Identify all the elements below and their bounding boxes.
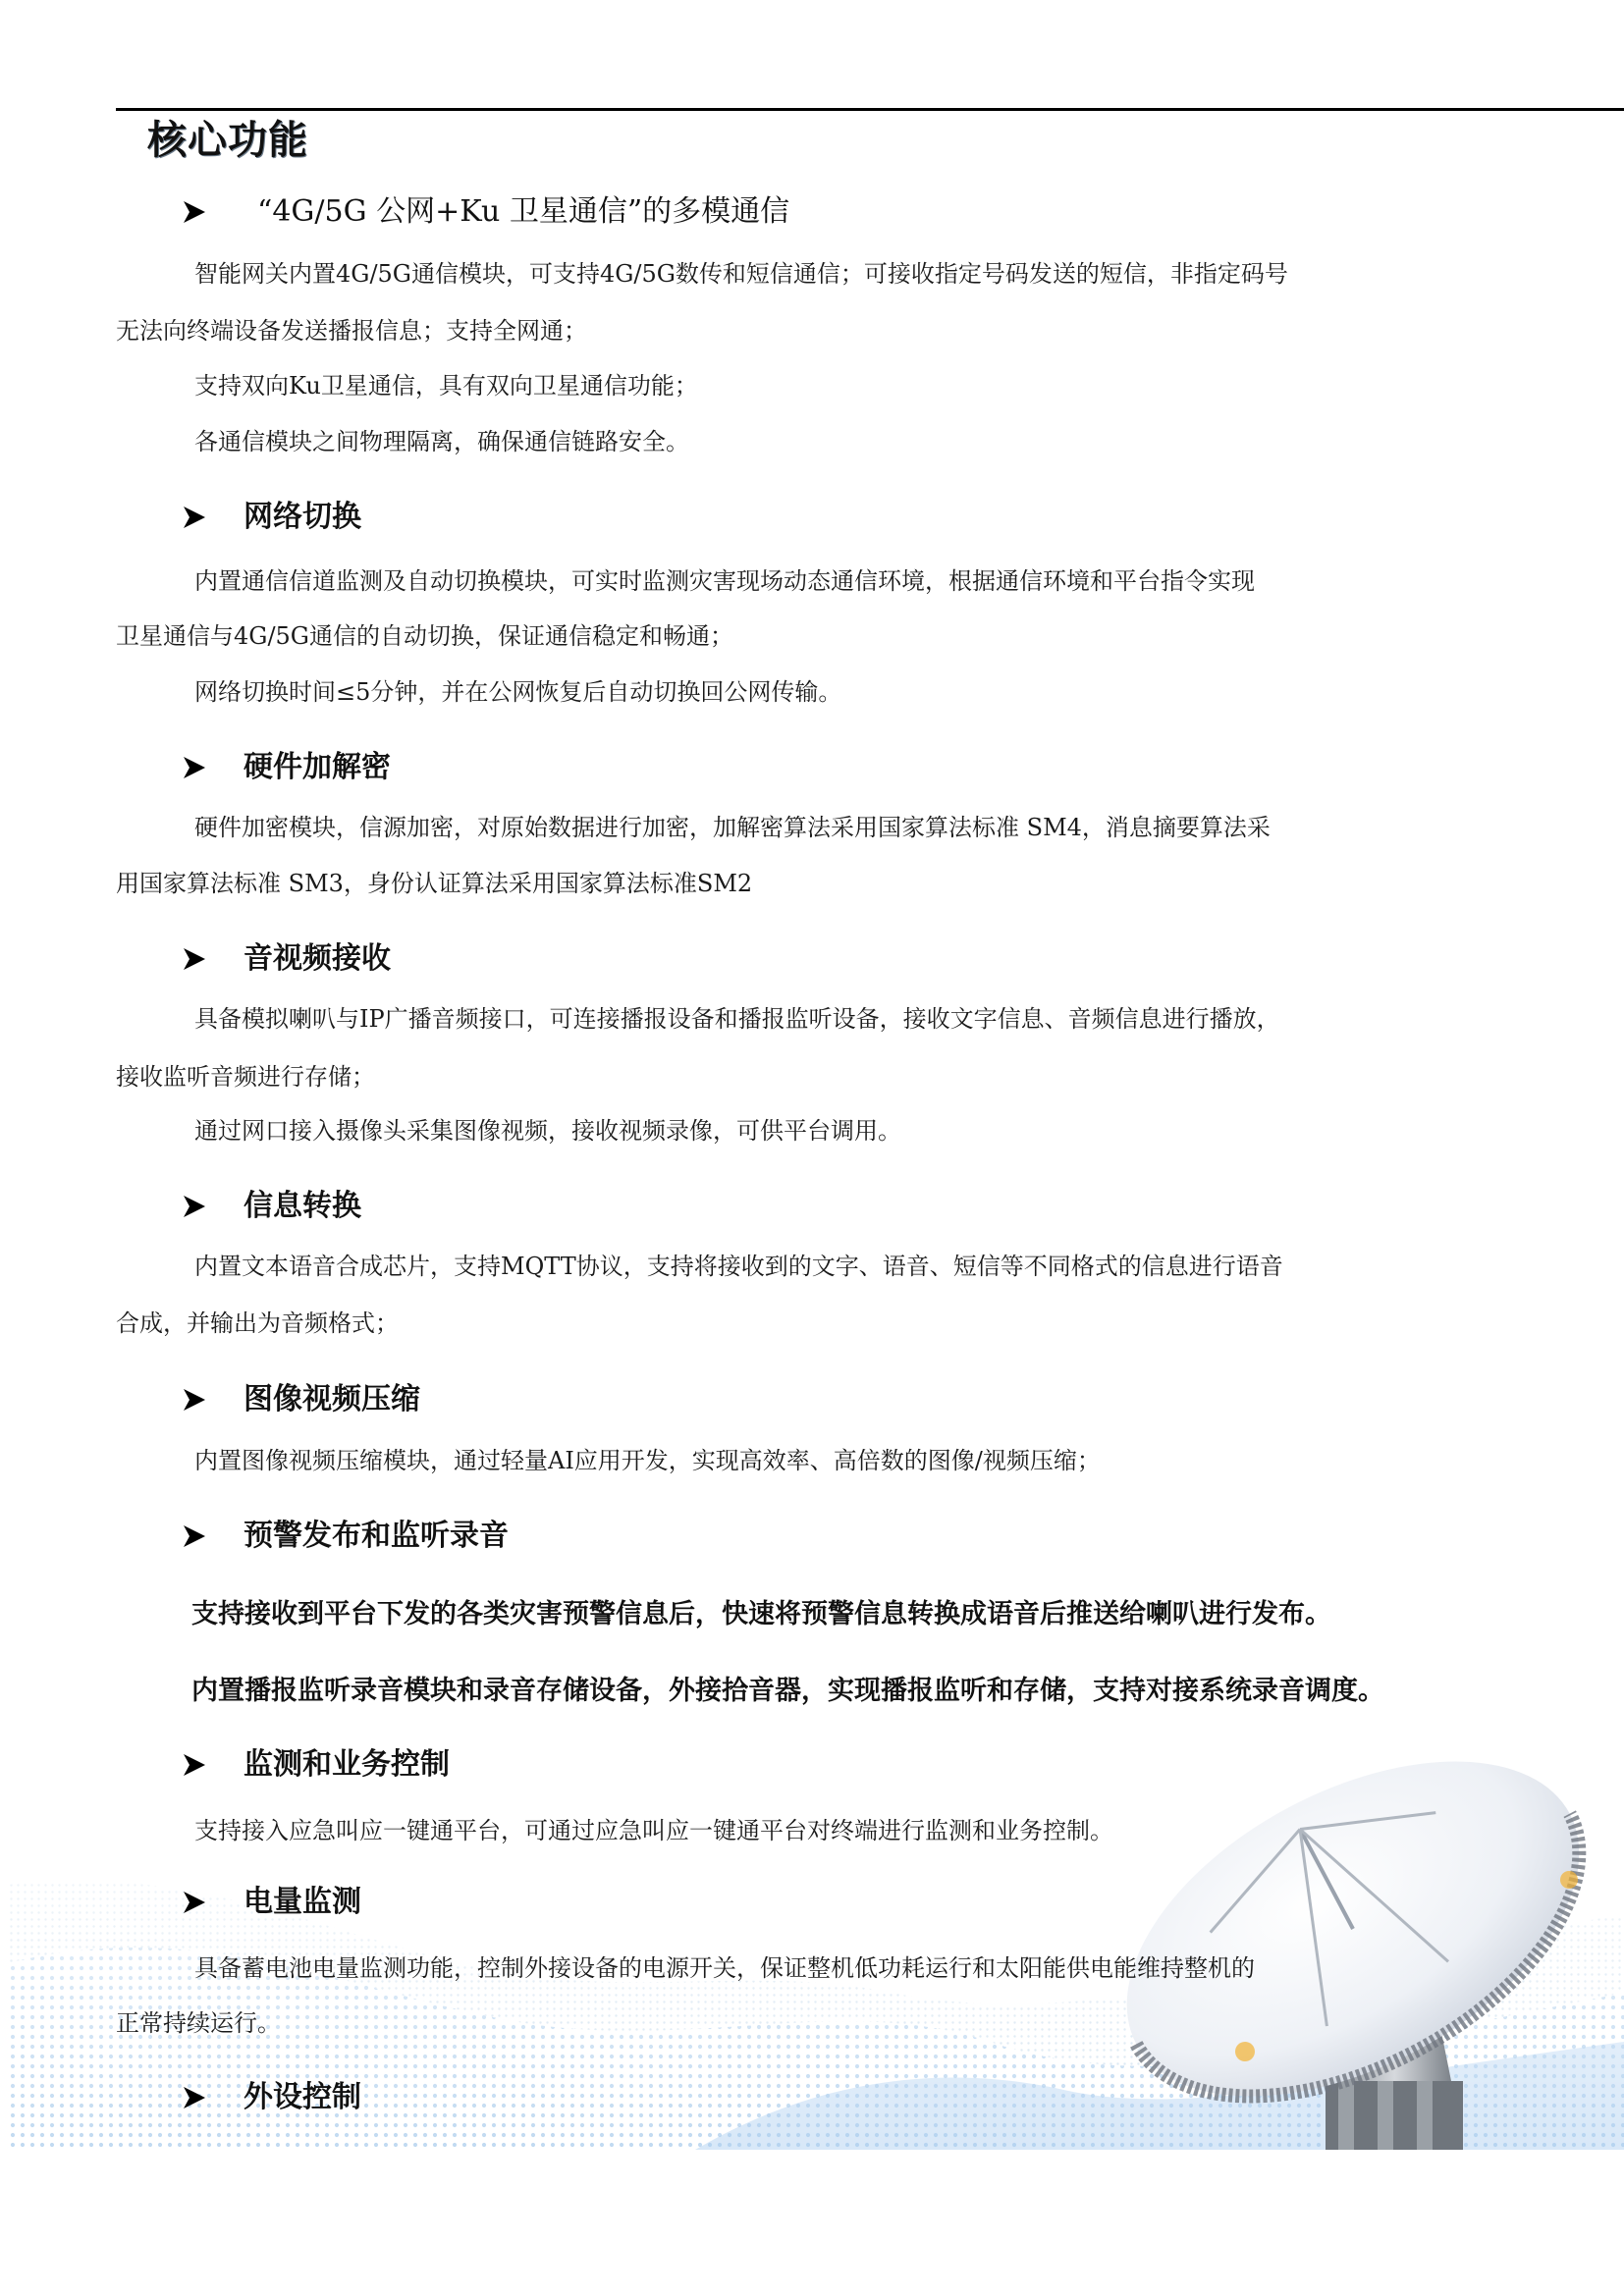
arrowhead-bullet-icon	[183, 756, 206, 779]
section-heading: 信息转换	[183, 1187, 206, 1226]
paragraph-line: 无法向终端设备发送播报信息；支持全网通；	[116, 315, 587, 347]
section-heading-text: 硬件加解密	[244, 748, 391, 787]
document-page: 核心功能 “4G/5G 公网+Ku 卫星通信”的多模通信 智能网关内置4G/5G…	[0, 0, 1624, 2296]
arrowhead-bullet-icon	[183, 1753, 206, 1777]
paragraph-line: 通过网口接入摄像头采集图像视频，接收视频录像，可供平台调用。	[194, 1115, 901, 1147]
paragraph-line: 支持双向Ku卫星通信，具有双向卫星通信功能；	[194, 370, 698, 401]
paragraph-line: 内置通信信道监测及自动切换模块，可实时监测灾害现场动态通信环境，根据通信环境和平…	[194, 565, 1255, 597]
paragraph-line: 支持接入应急叫应一键通平台，可通过应急叫应一键通平台对终端进行监测和业务控制。	[194, 1815, 1113, 1846]
header-rule	[116, 108, 1624, 111]
paragraph-line: 合成，并输出为音频格式；	[116, 1308, 399, 1339]
section-heading: 音视频接收	[183, 939, 206, 979]
section-heading: “4G/5G 公网+Ku 卫星通信”的多模通信	[183, 192, 206, 232]
section-heading-text: 外设控制	[244, 2078, 361, 2117]
paragraph-line: 内置图像视频压缩模块，通过轻量AI应用开发，实现高效率、高倍数的图像/视频压缩；	[194, 1445, 1101, 1476]
section-heading: 监测和业务控制	[183, 1745, 206, 1785]
paragraph-line: 网络切换时间≤5分钟，并在公网恢复后自动切换回公网传输。	[194, 676, 841, 708]
paragraph-line: 正常持续运行。	[116, 2007, 281, 2039]
arrowhead-bullet-icon	[183, 2086, 206, 2109]
arrowhead-bullet-icon	[183, 1388, 206, 1412]
section-heading: 图像视频压缩	[183, 1380, 206, 1419]
arrowhead-bullet-icon	[183, 947, 206, 971]
section-heading: 预警发布和监听录音	[183, 1517, 206, 1556]
paragraph-line: 具备模拟喇叭与IP广播音频接口，可连接播报设备和播报监听设备，接收文字信息、音频…	[194, 1003, 1280, 1035]
section-heading: 外设控制	[183, 2078, 206, 2117]
paragraph-line: 内置文本语音合成芯片，支持MQTT协议，支持将接收到的文字、语音、短信等不同格式…	[194, 1251, 1283, 1282]
section-heading-text: 音视频接收	[244, 939, 391, 979]
paragraph-line: 用国家算法标准 SM3，身份认证算法采用国家算法标准SM2	[116, 868, 752, 899]
paragraph-line: 接收监听音频进行存储；	[116, 1061, 375, 1093]
section-heading-text: 网络切换	[244, 498, 361, 537]
paragraph-line: 硬件加密模块，信源加密，对原始数据进行加密，加解密算法采用国家算法标准 SM4，…	[194, 812, 1271, 843]
paragraph-line: 支持接收到平台下发的各类灾害预警信息后，快速将预警信息转换成语音后推送给喇叭进行…	[191, 1598, 1331, 1629]
section-heading-text: 监测和业务控制	[244, 1745, 450, 1785]
section-heading: 硬件加解密	[183, 748, 206, 787]
section-heading-text: 电量监测	[244, 1883, 361, 1922]
arrowhead-bullet-icon	[183, 1891, 206, 1914]
section-heading-text: 图像视频压缩	[244, 1380, 420, 1419]
paragraph-line: 卫星通信与4G/5G通信的自动切换，保证通信稳定和畅通；	[116, 620, 733, 652]
arrowhead-bullet-icon	[183, 200, 206, 224]
paragraph-line: 具备蓄电池电量监测功能，控制外接设备的电源开关，保证整机低功耗运行和太阳能供电能…	[194, 1952, 1255, 1984]
arrowhead-bullet-icon	[183, 1195, 206, 1218]
paragraph-line: 智能网关内置4G/5G通信模块，可支持4G/5G数传和短信通信；可接收指定号码发…	[194, 258, 1288, 290]
section-heading: 电量监测	[183, 1883, 206, 1922]
page-title: 核心功能	[147, 116, 308, 165]
paragraph-line: 内置播报监听录音模块和录音存储设备，外接拾音器，实现播报监听和存储，支持对接系统…	[191, 1675, 1384, 1706]
paragraph-line: 各通信模块之间物理隔离，确保通信链路安全。	[194, 426, 689, 457]
arrowhead-bullet-icon	[183, 1524, 206, 1548]
section-heading: 网络切换	[183, 498, 206, 537]
section-heading-text: 预警发布和监听录音	[244, 1517, 509, 1556]
section-heading-text: “4G/5G 公网+Ku 卫星通信”的多模通信	[257, 192, 789, 232]
section-heading-text: 信息转换	[244, 1187, 361, 1226]
arrowhead-bullet-icon	[183, 506, 206, 529]
